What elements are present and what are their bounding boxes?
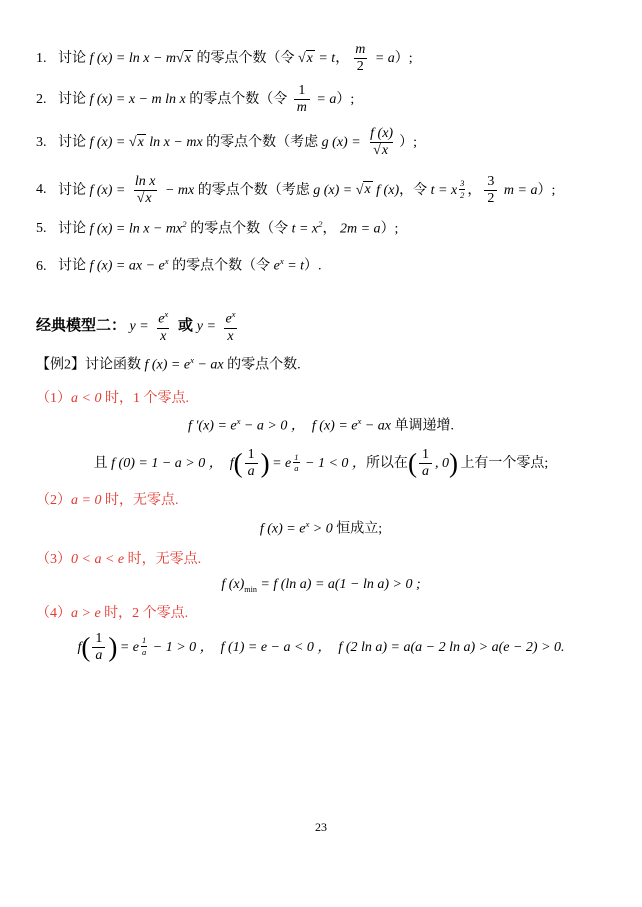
problem-5-text: 讨论 xyxy=(58,221,90,236)
case-3-condition: 0 < a < e xyxy=(71,552,124,567)
problem-3-end: ）; xyxy=(399,135,417,150)
solution-line-1: f ′(x) = ex − a > 0 ， f (x) = ex − ax 单调… xyxy=(36,416,606,435)
math-run: = f (ln a) = a(1 − ln a) > 0 ; xyxy=(257,577,421,592)
superscript: x xyxy=(164,309,168,319)
case-2-header: （2）a = 0 时，无零点. xyxy=(36,492,606,510)
math-run: f (x) xyxy=(373,182,399,197)
fraction: exx xyxy=(222,309,238,345)
fraction-denominator: a xyxy=(419,463,432,480)
problem-4-number: 4. xyxy=(36,181,58,199)
exponent-numerator: 1 xyxy=(293,452,299,463)
example-2-header: 【例2】讨论函数 f (x) = ex − ax 的零点个数. xyxy=(36,355,606,374)
math-run: f (x) = xyxy=(90,182,129,197)
problem-6-text: 的零点个数（令 xyxy=(169,259,274,274)
problem-1-text: 讨论 xyxy=(58,51,90,66)
math-run: f (x) = ax − e xyxy=(90,259,165,274)
solution-line-2: 且 f (0) = 1 − a > 0 ， f(1a) = e1a − 1 < … xyxy=(36,447,606,480)
sqrt-sign: √ xyxy=(176,51,184,66)
problem-3-text: 的零点个数（考虑 xyxy=(203,135,322,150)
math-run: t = x xyxy=(292,221,319,236)
fraction-numerator: 1 xyxy=(295,83,308,99)
math-run: f (x) = xyxy=(90,135,129,150)
problem-1: 1.讨论 f (x) = ln x − m√x 的零点个数（令 √x = t，m… xyxy=(36,42,606,75)
problem-4-text: ，令 xyxy=(399,182,431,197)
math-run: = a xyxy=(313,92,336,107)
problem-6-number: 6. xyxy=(36,258,58,276)
problem-5-end: ）; xyxy=(381,221,399,236)
math-run: f (x) = e xyxy=(312,418,358,433)
sqrt-arg: x xyxy=(306,50,315,66)
sqrt-sign: √ xyxy=(298,51,306,66)
problem-3: 3.讨论 f (x) = √x ln x − mx 的零点个数（考虑 g (x)… xyxy=(36,126,606,159)
case-2-label: （2） xyxy=(36,493,71,508)
section-heading-label: 经典模型二： xyxy=(36,318,126,334)
problem-2-text: 讨论 xyxy=(58,92,90,107)
case-4-label: （4） xyxy=(36,606,71,621)
fraction: 1m xyxy=(294,83,310,116)
math-run: g (x) = xyxy=(322,135,365,150)
sqrt-sign: √ xyxy=(373,143,381,158)
fraction-numerator: ex xyxy=(155,309,171,328)
exponent-fraction: 1a xyxy=(293,452,299,474)
problem-3-number: 3. xyxy=(36,134,58,152)
math-run: y = xyxy=(197,319,220,334)
problem-5-number: 5. xyxy=(36,220,58,238)
math-run: t = x xyxy=(431,182,458,197)
math-run: f (0) = 1 − a > 0 ， f xyxy=(111,456,233,471)
fraction-denominator: a xyxy=(92,647,105,664)
math-run: = a xyxy=(371,51,394,66)
or-text: 或 xyxy=(174,318,197,334)
right-paren: ) xyxy=(449,448,457,478)
problem-1-end: ）; xyxy=(395,51,413,66)
text-run: 上有一个零点; xyxy=(457,456,548,471)
problem-2-end: ）; xyxy=(336,92,354,107)
case-3-header: （3）0 < a < e 时，无零点. xyxy=(36,551,606,569)
math-run: f (x) = e xyxy=(145,358,191,373)
text-run: 且 xyxy=(94,456,112,471)
sqrt-arg: x xyxy=(363,181,372,197)
exponent-denominator: a xyxy=(141,646,147,658)
example-text: 的零点个数. xyxy=(224,358,301,373)
sqrt-radical: √x xyxy=(298,50,315,66)
problem-1-number: 1. xyxy=(36,50,58,68)
math-run: > 0 xyxy=(309,522,336,537)
problem-2-text: 的零点个数（令 xyxy=(186,92,291,107)
fraction-denominator: √x xyxy=(134,190,157,207)
fraction-denominator: 2 xyxy=(484,190,497,207)
math-run: = e xyxy=(269,456,292,471)
comma: ， xyxy=(323,221,341,236)
problem-4-text: 讨论 xyxy=(58,182,90,197)
problem-1-text: 的零点个数（令 xyxy=(193,51,298,66)
sqrt-radical: √x xyxy=(373,142,390,158)
sqrt-radical: √x xyxy=(356,181,373,197)
left-paren: ( xyxy=(408,448,416,478)
case-1-label: （1） xyxy=(36,391,71,406)
fraction-numerator: m xyxy=(352,42,368,58)
math-run: = e xyxy=(116,639,139,654)
fraction: 1a xyxy=(92,631,105,664)
fraction: m2 xyxy=(352,42,368,75)
fraction-numerator: ex xyxy=(222,309,238,328)
math-run: m = a xyxy=(500,182,537,197)
math-run: f (x) = e xyxy=(260,522,306,537)
exponent-numerator: 3 xyxy=(459,178,465,189)
sqrt-radical: √x xyxy=(137,190,154,206)
document-page: 1.讨论 f (x) = ln x − m√x 的零点个数（令 √x = t，m… xyxy=(0,0,642,907)
exponent-denominator: a xyxy=(293,462,299,474)
fraction-numerator: 1 xyxy=(245,447,258,463)
sqrt-radical: √x xyxy=(176,50,193,66)
fraction: 32 xyxy=(484,174,497,207)
solution-line-3: f (x) = ex > 0 恒成立; xyxy=(36,519,606,538)
case-3-text: 时，无零点. xyxy=(124,552,201,567)
math-run: = t xyxy=(284,259,304,274)
math-run: − ax xyxy=(194,358,224,373)
solution-line-5: f(1a) = e1a − 1 > 0 ， f (1) = e − a < 0 … xyxy=(36,631,606,664)
math-run: 2m = a xyxy=(340,221,381,236)
sqrt-arg: x xyxy=(137,134,146,150)
fraction-denominator: 2 xyxy=(354,58,367,75)
left-paren: ( xyxy=(234,448,242,478)
problem-4-text: 的零点个数（考虑 xyxy=(194,182,313,197)
exponent-fraction: 32 xyxy=(459,178,465,200)
case-1-text: 时，1 个零点. xyxy=(101,391,189,406)
left-paren: ( xyxy=(81,632,89,662)
solution-line-4: f (x)min = f (ln a) = a(1 − ln a) > 0 ; xyxy=(36,576,606,595)
sqrt-arg: x xyxy=(184,50,193,66)
fraction-denominator: x xyxy=(157,328,169,345)
subscript-min: min xyxy=(244,585,257,594)
problem-6-end: ）. xyxy=(304,259,322,274)
right-paren: ) xyxy=(261,448,269,478)
problem-2-number: 2. xyxy=(36,91,58,109)
exponent-denominator: 2 xyxy=(459,189,465,201)
math-run: = t xyxy=(315,51,335,66)
text-run: 恒成立; xyxy=(336,522,382,537)
sqrt-sign: √ xyxy=(129,135,137,150)
math-run: f (x) = ln x − m xyxy=(90,51,177,66)
problem-5-text: 的零点个数（令 xyxy=(187,221,292,236)
fraction: 1a xyxy=(245,447,258,480)
case-3-label: （3） xyxy=(36,552,71,567)
problem-5: 5.讨论 f (x) = ln x − mx2 的零点个数（令 t = x2， … xyxy=(36,219,606,238)
sqrt-arg: x xyxy=(381,142,390,158)
fraction-denominator: a xyxy=(245,463,258,480)
math-run: − 1 < 0 ， xyxy=(302,456,366,471)
case-2-condition: a = 0 xyxy=(71,493,101,508)
fraction-numerator: 1 xyxy=(419,447,432,463)
math-run: − ax xyxy=(361,418,394,433)
fraction-numerator: 3 xyxy=(484,174,497,190)
problem-2: 2.讨论 f (x) = x − m ln x 的零点个数（令 1m = a）; xyxy=(36,83,606,116)
math-run: ln x − mx xyxy=(146,135,203,150)
page-number: 23 xyxy=(0,820,642,835)
math-run: f (x) = ln x − mx xyxy=(90,221,183,236)
math-run: , 0 xyxy=(435,456,449,471)
text-run: 单调递增. xyxy=(395,418,455,433)
comma: ， xyxy=(467,182,481,197)
problem-4: 4.讨论 f (x) = ln x√x − mx 的零点个数（考虑 g (x) … xyxy=(36,174,606,207)
math-run: − 1 > 0 ， f (1) = e − a < 0 ， f (2 ln a)… xyxy=(149,639,564,654)
math-run: − a > 0 ， xyxy=(240,418,311,433)
math-run: y = xyxy=(126,319,152,334)
math-run: f (x) = x − m ln x xyxy=(90,92,186,107)
fraction: 1a xyxy=(419,447,432,480)
problem-6: 6.讨论 f (x) = ax − ex 的零点个数（令 ex = t）. xyxy=(36,256,606,275)
case-1-condition: a < 0 xyxy=(71,391,101,406)
fraction: ln x√x xyxy=(132,174,159,207)
sqrt-arg: x xyxy=(144,190,153,206)
fraction-denominator: √x xyxy=(370,142,393,159)
section-heading-model-2: 经典模型二： y = exx 或 y = exx xyxy=(36,309,606,345)
fraction: f (x)√x xyxy=(367,126,396,159)
fraction-denominator: x xyxy=(224,328,236,345)
problem-4-end: ）; xyxy=(537,182,555,197)
case-4-header: （4）a > e 时，2 个零点. xyxy=(36,605,606,623)
fraction-numerator: 1 xyxy=(92,631,105,647)
case-4-condition: a > e xyxy=(71,606,101,621)
fraction: exx xyxy=(155,309,171,345)
superscript: x xyxy=(232,309,236,319)
comma: ， xyxy=(335,51,349,66)
exponent-fraction: 1a xyxy=(141,635,147,657)
problem-3-text: 讨论 xyxy=(58,135,90,150)
fraction-numerator: f (x) xyxy=(367,126,396,142)
case-2-text: 时，无零点. xyxy=(101,493,178,508)
math-run: g (x) = xyxy=(313,182,356,197)
math-run: f (x) xyxy=(221,577,244,592)
case-1-header: （1）a < 0 时，1 个零点. xyxy=(36,390,606,408)
problem-6-text: 讨论 xyxy=(58,259,90,274)
case-4-text: 时，2 个零点. xyxy=(101,606,189,621)
math-run: − mx xyxy=(161,182,194,197)
text-run: 所以在 xyxy=(366,456,408,471)
fraction-numerator: ln x xyxy=(132,174,159,190)
math-run: f ′(x) = e xyxy=(188,418,237,433)
fraction-denominator: m xyxy=(294,99,310,116)
example-label: 【例2】讨论函数 xyxy=(36,358,145,373)
exponent-numerator: 1 xyxy=(141,635,147,646)
sqrt-radical: √x xyxy=(129,134,146,150)
